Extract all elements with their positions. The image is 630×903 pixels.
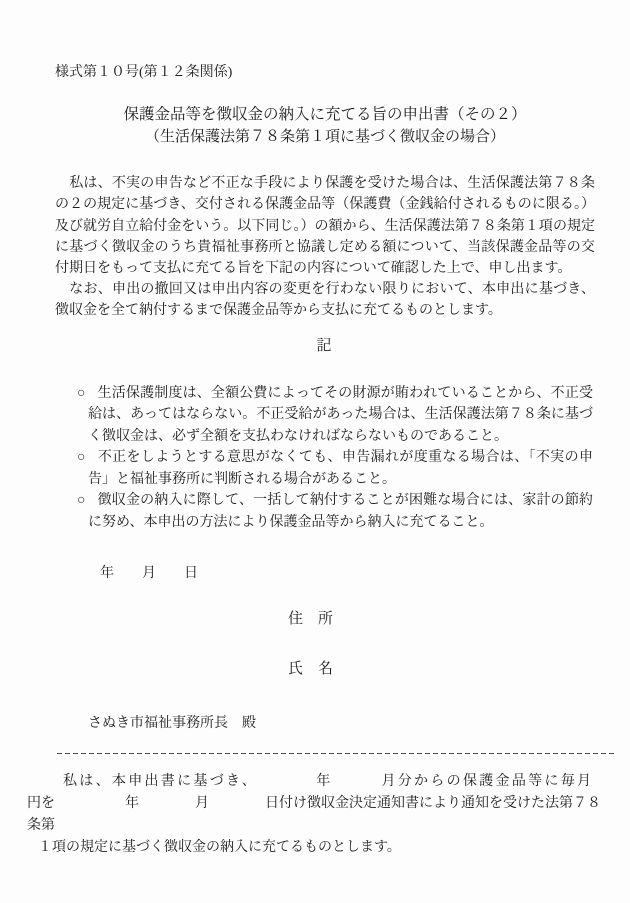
document-subtitle: （生活保護法第７８条第１項に基づく徴収金の場合） bbox=[55, 126, 595, 148]
payment-slip-paragraph: 私は、本申出書に基づき、 年 月分からの保護金品等に毎月 円を 年 月 日付け徴… bbox=[27, 771, 604, 859]
slip-line-1: 私は、本申出書に基づき、 年 月分からの保護金品等に毎月 bbox=[27, 771, 604, 793]
note-text: 生活保護制度は、全額公費によってその財源が賄われていることから、不正受給は、あっ… bbox=[88, 386, 593, 444]
name-label: 氏 名 bbox=[55, 659, 595, 680]
date-blank-line: 年 月 日 bbox=[55, 563, 595, 584]
circle-bullet-icon: ○ bbox=[77, 450, 86, 465]
document-page: 様式第１０号(第１２条関係) 保護金品等を徴収金の納入に充てる旨の申出書（その２… bbox=[0, 0, 630, 903]
list-item: ○不正をしようとする意思がなくても、申告漏れが度重なる場合は、「不実の申告」と福… bbox=[77, 447, 593, 490]
dashed-separator bbox=[57, 753, 615, 755]
slip-line-2: 円を 年 月 日付け徴収金決定通知書により通知を受けた法第７８条第 bbox=[27, 793, 604, 837]
circle-bullet-icon: ○ bbox=[77, 386, 86, 401]
note-text: 不正をしようとする意思がなくても、申告漏れが度重なる場合は、「不実の申告」と福祉… bbox=[88, 450, 593, 487]
document-title: 保護金品等を徴収金の納入に充てる旨の申出書（その２） bbox=[55, 104, 595, 126]
form-number: 様式第１０号(第１２条関係) bbox=[55, 62, 595, 83]
ki-heading: 記 bbox=[55, 336, 595, 357]
paragraph-main: 私は、不実の申告など不正な手段により保護を受けた場合は、生活保護法第７８条の２の… bbox=[55, 173, 595, 279]
paragraph-note: なお、申出の撤回又は申出内容の変更を行わない限りにおいて、本申出に基づき、徴収金… bbox=[55, 279, 595, 321]
notes-list: ○生活保護制度は、全額公費によってその財源が賄われていることから、不正受給は、あ… bbox=[77, 383, 593, 534]
addressee: さぬき市福祉事務所長 殿 bbox=[55, 713, 595, 734]
circle-bullet-icon: ○ bbox=[77, 493, 86, 508]
note-text: 徴収金の納入に際して、一括して納付することが困難な場合には、家計の節約に努め、本… bbox=[88, 493, 593, 530]
list-item: ○徴収金の納入に際して、一括して納付することが困難な場合には、家計の節約に努め、… bbox=[77, 490, 593, 533]
list-item: ○生活保護制度は、全額公費によってその財源が賄われていることから、不正受給は、あ… bbox=[77, 383, 593, 448]
body-text: 私は、不実の申告など不正な手段により保護を受けた場合は、生活保護法第７８条の２の… bbox=[55, 173, 595, 321]
address-label: 住 所 bbox=[55, 609, 595, 630]
slip-line-3: １項の規定に基づく徴収金の納入に充てるものとします。 bbox=[27, 837, 604, 859]
